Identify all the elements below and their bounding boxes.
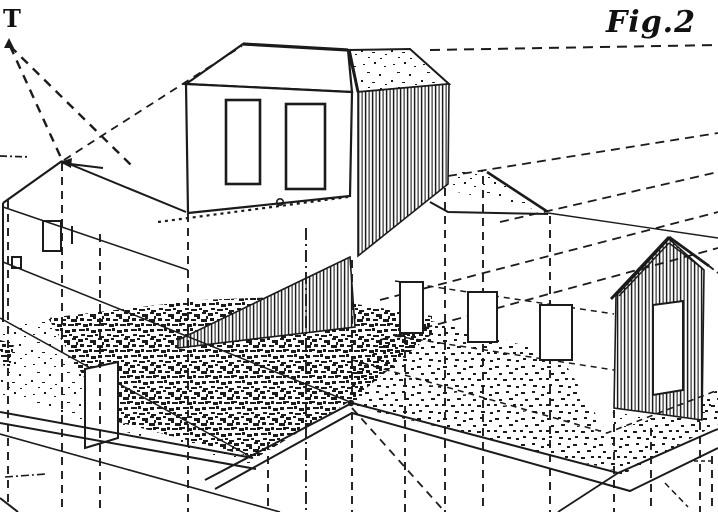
t-arrowhead (4, 38, 14, 48)
wireframe-eave-receding (3, 207, 188, 270)
t-ray-1 (10, 46, 62, 160)
right-house-door (653, 301, 683, 395)
t-ray-2 (10, 46, 132, 166)
main-house-window-right (286, 104, 325, 189)
engraving-plate: T Fig.2 (0, 0, 718, 512)
window-top-line (395, 281, 614, 314)
vertex-dot (348, 400, 354, 406)
perspective-window-3 (540, 305, 572, 360)
white-panel (85, 362, 118, 448)
main-house-front-face (186, 84, 352, 213)
horizon-line (430, 45, 718, 50)
perspective-window-2 (468, 292, 497, 342)
corner-line-bottom-left (0, 498, 18, 512)
right-house (611, 237, 718, 420)
main-house (158, 44, 449, 256)
fan-line-1 (448, 133, 718, 176)
fan-line-2 (500, 172, 718, 222)
wireframe-ridge (62, 161, 186, 212)
main-house-window-left (226, 100, 260, 184)
perspective-window-1 (400, 282, 423, 333)
figure-caption: Fig.2 (605, 5, 696, 40)
vanishing-point-label: T (3, 4, 21, 33)
main-house-right-wall (358, 84, 449, 256)
perspective-construction-drawing: T Fig.2 (0, 0, 718, 512)
right-house-roof-extension (709, 266, 718, 273)
t-dashdot (0, 156, 30, 157)
dash-diagonal-bottom-right (665, 483, 688, 507)
dashdot-bottom-left (5, 474, 46, 477)
wireframe-roof-slope (3, 161, 62, 203)
